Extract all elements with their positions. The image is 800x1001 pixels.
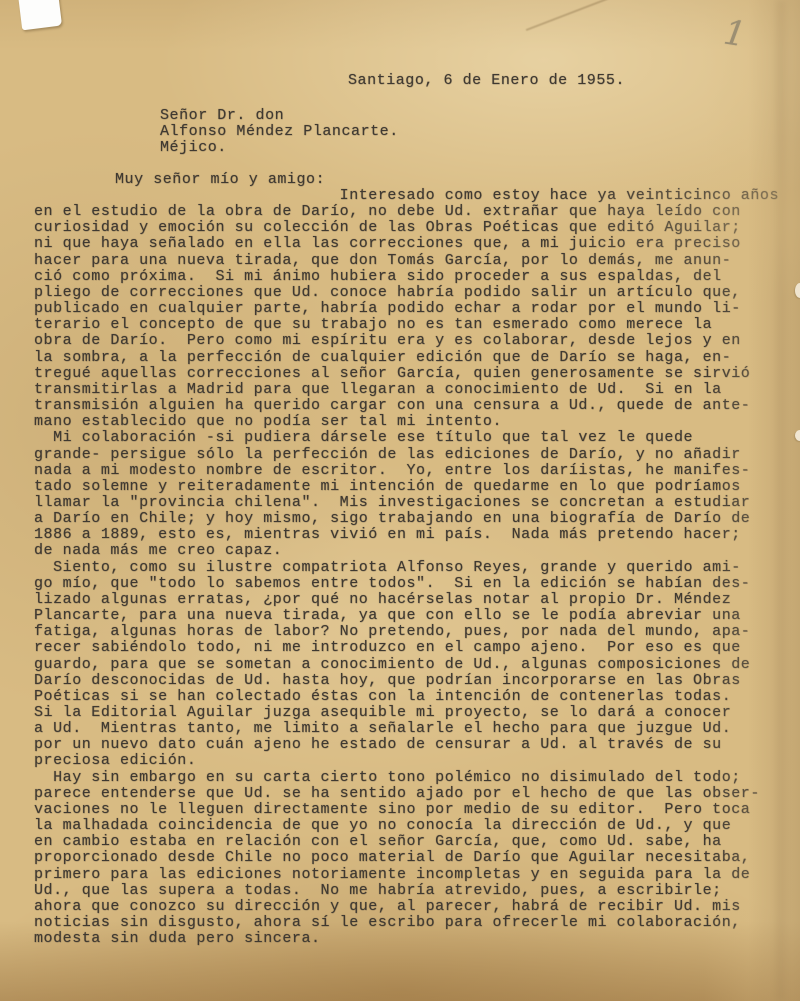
dateline: Santiago, 6 de Enero de 1955. xyxy=(348,73,625,89)
paragraph-2: Mi colaboración -si pudiera dársele ese … xyxy=(34,430,786,559)
paper-crease xyxy=(526,0,637,31)
letter-body: Interesado como estoy hace ya veinticinc… xyxy=(34,188,786,947)
edge-nick xyxy=(795,430,800,441)
handwritten-page-number: 1 xyxy=(721,13,749,56)
recipient-address: Señor Dr. don Alfonso Méndez Plancarte. … xyxy=(160,108,399,156)
paragraph-1: Interesado como estoy hace ya veinticinc… xyxy=(34,188,786,430)
paragraph-4: Hay sin embargo en su carta cierto tono … xyxy=(34,770,786,948)
paragraph-3: Siento, como su ilustre compatriota Alfo… xyxy=(34,560,786,770)
salutation: Muy señor mío y amigo: xyxy=(115,172,325,188)
torn-paper-notch xyxy=(18,0,62,30)
letter-page: 1 Santiago, 6 de Enero de 1955. Señor Dr… xyxy=(0,0,800,1001)
edge-nick xyxy=(795,283,800,298)
